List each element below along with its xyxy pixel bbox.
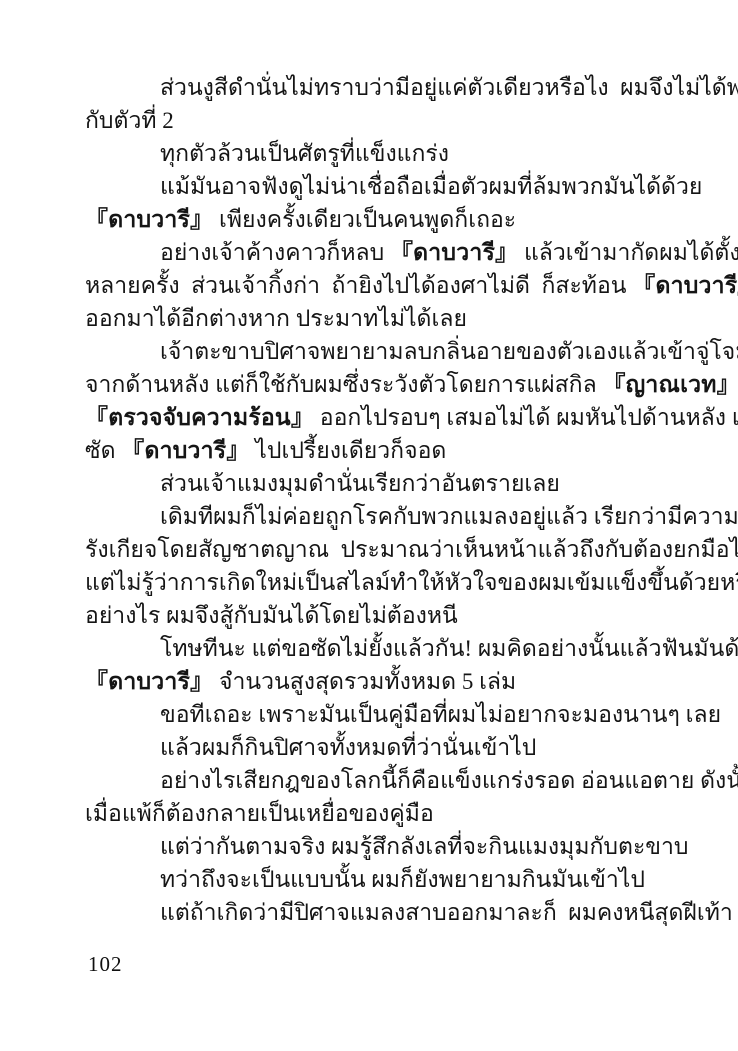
text-run: โทษทีนะ แต่ขอซัดไม่ยั้งแล้วกัน! ผมคิดอย่… — [160, 636, 738, 661]
text-line: ออกมาได้อีกต่างหาก ประมาทไม่ได้เลย — [85, 302, 660, 335]
text-run: เพียงครั้งเดียวเป็นคนพูดก็เถอะ — [213, 207, 516, 232]
text-run: แต่ไม่รู้ว่าการเกิดใหม่เป็นสไลม์ทำให้หัว… — [85, 570, 738, 595]
text-line: เดิมทีผมก็ไม่ค่อยถูกโรคกับพวกแมลงอยู่แล้… — [85, 500, 660, 533]
text-run: ขอทีเถอะ เพราะมันเป็นคู่มือที่ผมไม่อยากจ… — [160, 702, 721, 727]
text-line: แต่ไม่รู้ว่าการเกิดใหม่เป็นสไลม์ทำให้หัว… — [85, 566, 660, 599]
text-line: กับตัวที่ 2 — [85, 104, 660, 137]
text-run: รังเกียจโดยสัญชาตญาณ ประมาณว่าเห็นหน้าแล… — [85, 537, 738, 562]
text-run: แล้วเข้ามากัดผมได้ตั้ง — [518, 240, 738, 265]
text-line: รังเกียจโดยสัญชาตญาณ ประมาณว่าเห็นหน้าแล… — [85, 533, 660, 566]
text-line: 『ดาบวารี』 จำนวนสูงสุดรวมทั้งหมด 5 เล่ม — [85, 665, 660, 698]
skill-term: 『ดาบวารี』 — [390, 240, 518, 265]
text-line: 『ดาบวารี』 เพียงครั้งเดียวเป็นคนพูดก็เถอะ — [85, 203, 660, 236]
text-line: แต่ว่ากันตามจริง ผมรู้สึกลังเลที่จะกินแม… — [85, 830, 660, 863]
text-run: หลายครั้ง ส่วนเจ้ากิ้งก่า ถ้ายิงไปได้องศ… — [85, 273, 632, 298]
text-line: ส่วนงูสีดำนั่นไม่ทราบว่ามีอยู่แค่ตัวเดีย… — [85, 71, 660, 104]
text-line: แต่ถ้าเกิดว่ามีปิศาจแมลงสาบออกมาละก็ ผมค… — [85, 896, 660, 929]
text-run: ออกมาได้อีกต่างหาก ประมาทไม่ได้เลย — [85, 306, 467, 331]
text-line: เมื่อแพ้ก็ต้องกลายเป็นเหยื่อของคู่มือ — [85, 797, 660, 830]
text-run: แต่ถ้าเกิดว่ามีปิศาจแมลงสาบออกมาละก็ ผมค… — [160, 900, 733, 925]
text-run: กับตัวที่ 2 — [85, 108, 174, 133]
text-line: อย่างไรเสียกฎของโลกนี้ก็คือแข็งแกร่งรอด … — [85, 764, 660, 797]
text-run: ส่วนงูสีดำนั่นไม่ทราบว่ามีอยู่แค่ตัวเดีย… — [160, 75, 738, 100]
text-line: ซัด 『ดาบวารี』 ไปเปรี้ยงเดียวก็จอด — [85, 434, 660, 467]
text-block: ส่วนงูสีดำนั่นไม่ทราบว่ามีอยู่แค่ตัวเดีย… — [85, 71, 660, 929]
text-run: อย่างไรเสียกฎของโลกนี้ก็คือแข็งแกร่งรอด … — [160, 768, 738, 793]
text-line: แล้วผมก็กินปิศาจทั้งหมดที่ว่านั่นเข้าไป — [85, 731, 660, 764]
skill-term: 『ตรวจจับความร้อน』 — [85, 405, 314, 430]
text-run: ทุกตัวล้วนเป็นศัตรูที่แข็งแกร่ง — [160, 141, 449, 166]
text-run: อย่างไร ผมจึงสู้กับมันได้โดยไม่ต้องหนี — [85, 603, 458, 628]
skill-term: 『ดาบวารี』 — [632, 273, 738, 298]
book-page: ส่วนงูสีดำนั่นไม่ทราบว่ามีอยู่แค่ตัวเดีย… — [0, 0, 738, 1051]
text-run: แต่ว่ากันตามจริง ผมรู้สึกลังเลที่จะกินแม… — [160, 834, 689, 859]
skill-term: 『ดาบวารี』 — [85, 669, 213, 694]
text-line: จากด้านหลัง แต่ก็ใช้กับผมซึ่งระวังตัวโดย… — [85, 368, 660, 401]
text-run: เดิมทีผมก็ไม่ค่อยถูกโรคกับพวกแมลงอยู่แล้… — [160, 504, 738, 529]
text-line: ทว่าถึงจะเป็นแบบนั้น ผมก็ยังพยายามกินมัน… — [85, 863, 660, 896]
skill-term: 『ดาบวารี』 — [85, 207, 213, 232]
page-number: 102 — [88, 952, 123, 977]
text-run: ไปเปรี้ยงเดียวก็จอด — [250, 438, 447, 463]
text-run: แล้วผมก็กินปิศาจทั้งหมดที่ว่านั่นเข้าไป — [160, 735, 536, 760]
text-run: ออกไปรอบๆ เสมอไม่ได้ ผมหันไปด้านหลัง แล้… — [314, 405, 738, 430]
text-line: โทษทีนะ แต่ขอซัดไม่ยั้งแล้วกัน! ผมคิดอย่… — [85, 632, 660, 665]
text-line: เจ้าตะขาบปิศาจพยายามลบกลิ่นอายของตัวเองแ… — [85, 335, 660, 368]
text-line: 『ตรวจจับความร้อน』 ออกไปรอบๆ เสมอไม่ได้ ผ… — [85, 401, 660, 434]
text-run: ทว่าถึงจะเป็นแบบนั้น ผมก็ยังพยายามกินมัน… — [160, 867, 645, 892]
text-line: หลายครั้ง ส่วนเจ้ากิ้งก่า ถ้ายิงไปได้องศ… — [85, 269, 660, 302]
text-line: อย่างเจ้าค้างคาวก็หลบ 『ดาบวารี』 แล้วเข้า… — [85, 236, 660, 269]
text-line: อย่างไร ผมจึงสู้กับมันได้โดยไม่ต้องหนี — [85, 599, 660, 632]
text-run: อย่างเจ้าค้างคาวก็หลบ — [160, 240, 390, 265]
skill-term: 『ญาณเวท』 — [602, 372, 738, 397]
text-line: ทุกตัวล้วนเป็นศัตรูที่แข็งแกร่ง — [85, 137, 660, 170]
text-run: แม้มันอาจฟังดูไม่น่าเชื่อถือเมื่อตัวผมที… — [160, 174, 702, 199]
skill-term: 『ดาบวารี』 — [121, 438, 249, 463]
text-line: แม้มันอาจฟังดูไม่น่าเชื่อถือเมื่อตัวผมที… — [85, 170, 660, 203]
text-line: ขอทีเถอะ เพราะมันเป็นคู่มือที่ผมไม่อยากจ… — [85, 698, 660, 731]
text-run: เมื่อแพ้ก็ต้องกลายเป็นเหยื่อของคู่มือ — [85, 801, 434, 826]
text-run: เจ้าตะขาบปิศาจพยายามลบกลิ่นอายของตัวเองแ… — [160, 339, 738, 364]
text-run: ซัด — [85, 438, 121, 463]
text-run: ส่วนเจ้าแมงมุมดำนั่นเรียกว่าอันตรายเลย — [160, 471, 560, 496]
text-line: ส่วนเจ้าแมงมุมดำนั่นเรียกว่าอันตรายเลย — [85, 467, 660, 500]
text-run: จากด้านหลัง แต่ก็ใช้กับผมซึ่งระวังตัวโดย… — [85, 372, 602, 397]
text-run: จำนวนสูงสุดรวมทั้งหมด 5 เล่ม — [213, 669, 516, 694]
